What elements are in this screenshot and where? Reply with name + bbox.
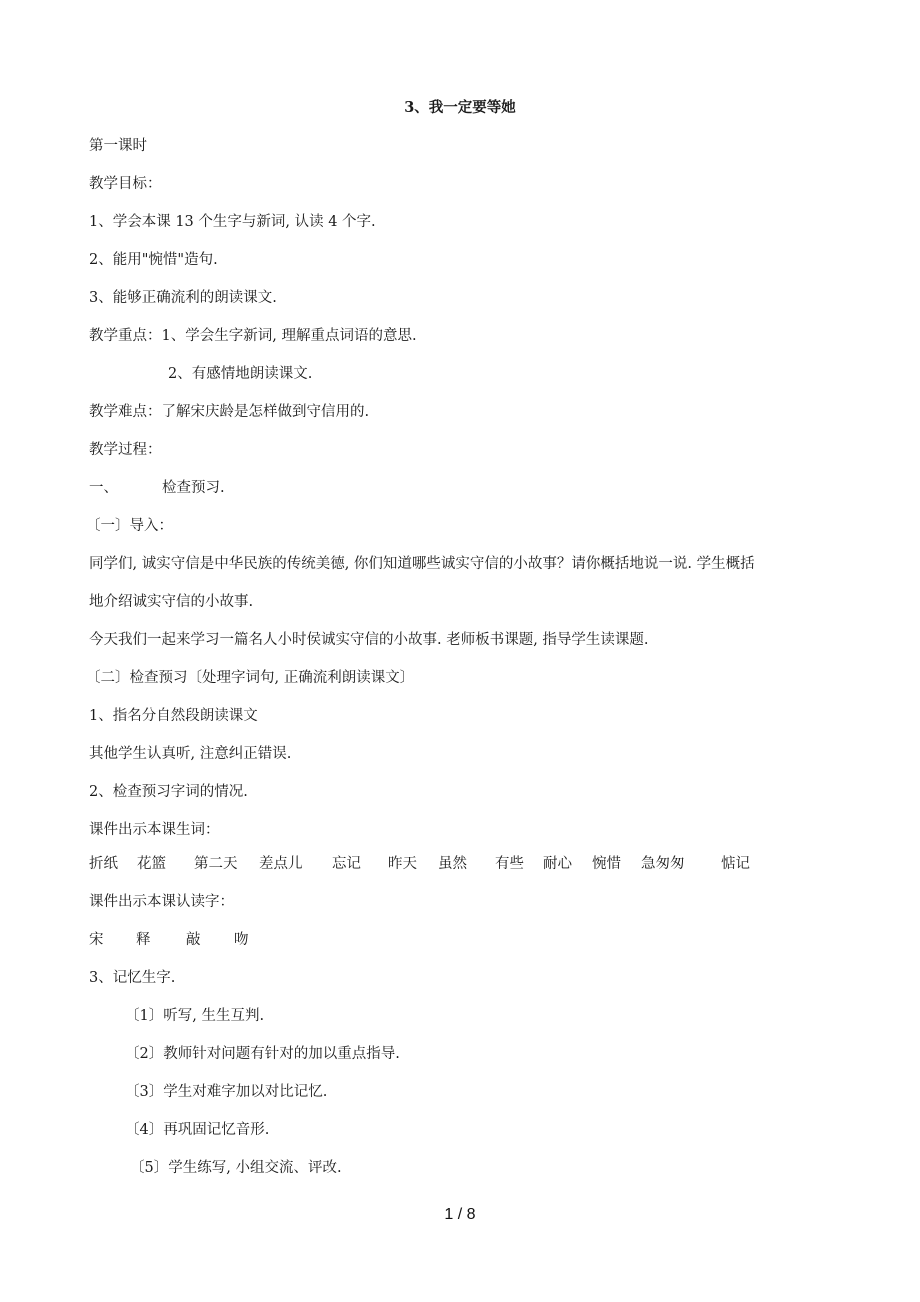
- part-one-paragraph: 地介绍诚实守信的小故事.: [89, 592, 253, 612]
- vocab-word: 虽然: [438, 854, 467, 874]
- section-one-heading: 一、检查预习.: [89, 478, 225, 498]
- part-one-heading: 〔一〕导入：: [86, 516, 173, 536]
- process-heading: 教学过程：: [89, 440, 162, 460]
- page-indicator: 1 / 8: [0, 1205, 920, 1225]
- read-char: 释: [136, 930, 151, 950]
- objective-item: 2、能用"惋惜"造句.: [89, 250, 218, 270]
- difficulty: 教学难点：了解宋庆龄是怎样做到守信用的.: [89, 402, 369, 422]
- step-sub-item: 〔3〕学生对难字加以对比记忆.: [125, 1082, 327, 1102]
- key-points: 教学重点：1、学会生字新词, 理解重点词语的意思.: [89, 326, 417, 346]
- objective-item: 1、学会本课 13 个生字与新词, 认读 4 个字.: [89, 212, 376, 232]
- vocab-word: 忘记: [332, 854, 361, 874]
- objectives-heading: 教学目标：: [89, 174, 162, 194]
- part-two-heading: 〔二〕检查预习〔处理字词句, 正确流利朗读课文〕: [86, 668, 414, 688]
- part-one-paragraph: 同学们, 诚实守信是中华民族的传统美德, 你们知道哪些诚实守信的小故事？请你概括…: [89, 554, 755, 574]
- step-sub-item: 〔1〕听写, 生生互判.: [125, 1006, 264, 1026]
- vocab-word: 有些: [495, 854, 524, 874]
- vocab-word: 惋惜: [592, 854, 621, 874]
- read-char: 敲: [186, 930, 201, 950]
- vocab-heading: 课件出示本课生词：: [89, 820, 220, 840]
- step-note: 其他学生认真听, 注意纠正错误.: [89, 744, 291, 764]
- vocab-word: 惦记: [721, 854, 750, 874]
- read-chars-heading: 课件出示本课认读字：: [89, 892, 234, 912]
- vocab-word: 耐心: [543, 854, 572, 874]
- vocab-word: 第二天: [194, 854, 238, 874]
- step-item: 3、记忆生字.: [89, 968, 175, 988]
- step-sub-item: 〔2〕教师针对问题有针对的加以重点指导.: [125, 1044, 400, 1064]
- step-sub-item: 〔5〕学生练写, 小组交流、评改.: [130, 1158, 342, 1178]
- step-item: 2、检查预习字词的情况.: [89, 782, 248, 802]
- step-sub-item: 〔4〕再巩固记忆音形.: [125, 1120, 269, 1140]
- vocab-word: 急匆匆: [641, 854, 685, 874]
- vocab-word: 折纸: [89, 854, 118, 874]
- lesson-label: 第一课时: [89, 136, 147, 156]
- read-char: 吻: [234, 930, 249, 950]
- key-point-item: 2、有感情地朗读课文.: [168, 364, 312, 384]
- read-char: 宋: [89, 930, 104, 950]
- section-title: 检查预习.: [162, 480, 225, 496]
- section-number: 一、: [89, 480, 118, 496]
- document-title: 3、我一定要等她: [0, 98, 920, 118]
- part-one-paragraph: 今天我们一起来学习一篇名人小时侯诚实守信的小故事. 老师板书课题, 指导学生读课…: [89, 630, 649, 650]
- objective-item: 3、能够正确流利的朗读课文.: [89, 288, 277, 308]
- key-point-item: 1、学会生字新词, 理解重点词语的意思.: [162, 328, 417, 344]
- vocab-word: 花篮: [137, 854, 166, 874]
- vocab-word: 昨天: [388, 854, 417, 874]
- vocab-word: 差点儿: [259, 854, 303, 874]
- key-points-label: 教学重点：: [89, 328, 162, 344]
- step-item: 1、指名分自然段朗读课文: [89, 706, 258, 726]
- document-page: 3、我一定要等她 第一课时 教学目标： 1、学会本课 13 个生字与新词, 认读…: [0, 0, 920, 1302]
